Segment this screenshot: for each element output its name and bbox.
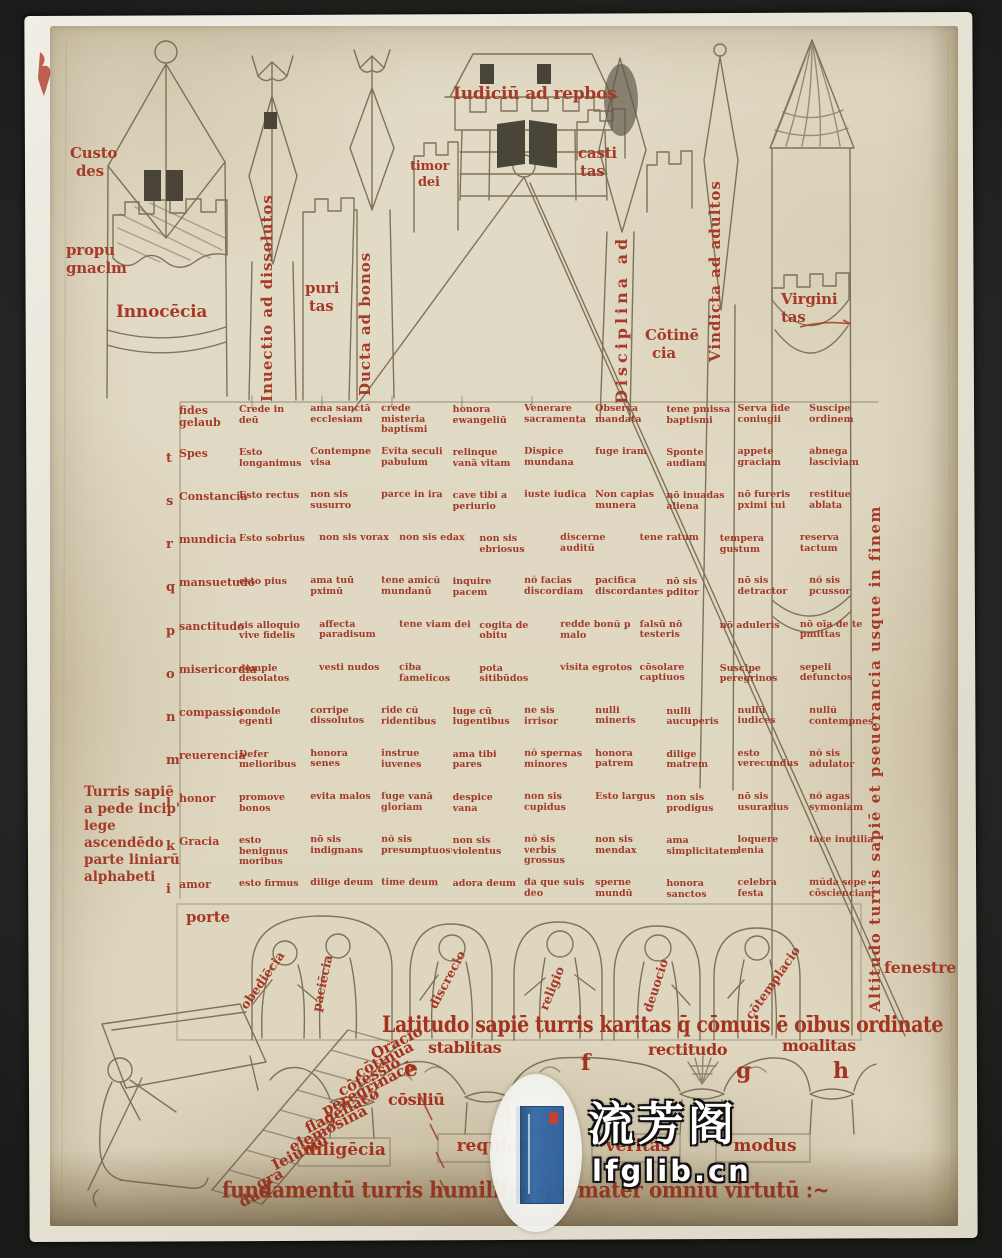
- grid-cell: esto verecundus: [738, 749, 809, 790]
- row-virtue-name: reuerencia: [179, 749, 239, 790]
- grid-cell: nō sis usurarius: [738, 792, 809, 833]
- row-letter: o: [166, 663, 179, 704]
- grid-cell: Esto longanimus: [239, 448, 310, 489]
- label-castitas-2: tas: [580, 164, 605, 179]
- grid-cell: fuge vanā gloriam: [381, 792, 453, 833]
- label-porte: porte: [186, 910, 230, 925]
- grid-cell: honora senes: [310, 749, 381, 790]
- grid-cell: discerne auditū: [559, 533, 639, 575]
- row-virtue-name: Gracia: [179, 835, 239, 876]
- grid-row: kGraciaesto benignus moribusnō sis indig…: [166, 835, 880, 876]
- grid-row: psanctitudosis alloquio vive fidelisaffe…: [166, 620, 880, 661]
- page-content: Custo des propu gnaclm Innocēcia Inuecti…: [0, 0, 1002, 1258]
- label-fenestre: fenestre: [884, 960, 956, 976]
- grid-cell: ne sis irrisor: [524, 705, 596, 746]
- grid-cell: esto benignus moribus: [239, 836, 310, 877]
- margin-note-line: alphabeti: [84, 869, 184, 886]
- grid-cell: redde bonū p malo: [559, 619, 639, 661]
- label-innocencia: Innocēcia: [116, 304, 207, 321]
- row-letter: p: [166, 620, 179, 661]
- grid-row: fides gelaubCrede in deūama sanctā eccle…: [166, 404, 880, 445]
- grid-cell: non sis ebriosus: [479, 534, 559, 575]
- grid-cell: falsū nō testeris: [640, 620, 720, 661]
- grid-cell: nō aduleris: [720, 621, 800, 662]
- row-virtue-name: fides gelaub: [179, 404, 239, 445]
- label-castitas-1: casti: [578, 146, 617, 161]
- row-virtue-name: mundicia: [179, 533, 239, 574]
- row-virtue-name: compassio: [179, 706, 239, 747]
- grid-cell: ciba famelicos: [399, 662, 479, 704]
- grid-cell: comple desolatos: [239, 664, 319, 705]
- margin-note-line: lege ascendēdo: [84, 818, 184, 852]
- grid-row: qmansuetudoesto piusama tuū pximūtene am…: [166, 576, 880, 617]
- book-logo-icon: [516, 1106, 564, 1204]
- sub-rectitudo: rectitudo: [648, 1040, 727, 1059]
- row-virtue-name: mansuetudo: [179, 576, 239, 617]
- margin-note-line: Turris sapiē: [84, 784, 184, 801]
- grid-cell: tene amicū mundanū: [381, 576, 453, 617]
- grid-cell: honora ewangeliū: [453, 405, 524, 446]
- grid-row: ncompassiocondole egenticorripe dissolut…: [166, 706, 880, 747]
- grid-cell: condole egenti: [239, 707, 310, 748]
- grid-cell: Suscipe ordinem: [809, 404, 881, 445]
- grid-cell: nō spernas minores: [524, 749, 596, 790]
- grid-cell: luge cū lugentibus: [453, 707, 524, 748]
- grid-cell: tempera gustum: [720, 534, 800, 575]
- watermark-cn-text: 流芳阁: [588, 1088, 738, 1154]
- label-propugnaculum-2: gnaclm: [66, 261, 127, 276]
- grid-cell: non sis edax: [399, 533, 479, 575]
- label-puritas-1: puri: [305, 281, 339, 296]
- grid-cell: vesti nudos: [319, 663, 399, 704]
- grid-cell: Esto largus: [595, 792, 666, 833]
- label-ducta-vertical: Ducta ad bonos: [356, 252, 374, 396]
- grid-cell: ama sanctā ecclesiam: [310, 404, 381, 445]
- sub-stabilitas: stablitas: [428, 1038, 501, 1057]
- grid-cell: nō sis detractor: [738, 576, 809, 617]
- grid-cell: cōsolare captiuos: [640, 663, 720, 704]
- grid-cell: time deum: [381, 878, 453, 919]
- margin-note: Turris sapiēa pede incip'lege ascendēdop…: [84, 784, 184, 886]
- row-virtue-name: Constancia: [179, 490, 239, 531]
- label-virginitas-1: Virgini: [781, 292, 837, 307]
- label-altitudo-vertical: Altitudo turris sapiē et pseuerancia usq…: [866, 505, 884, 1012]
- grid-cell: Contempne visa: [310, 447, 381, 488]
- grid-cell: crede misteria baptismi: [381, 404, 453, 445]
- row-letter: t: [166, 447, 179, 488]
- grid-cell: dilige deum: [310, 878, 381, 919]
- grid-cell: nō facias discordiam: [524, 576, 596, 617]
- grid-cell: Crede in deū: [239, 405, 310, 446]
- label-propugnaculum-1: propu: [66, 243, 115, 258]
- grid-cell: non sis cupidus: [524, 792, 596, 833]
- grid-cell: Esto sobrius: [239, 534, 319, 575]
- grid-cell: non sis mendax: [595, 835, 666, 876]
- row-letter: s: [166, 490, 179, 531]
- label-continencia-1: Cōtinē: [645, 328, 699, 343]
- grid-cell: tene ratum: [640, 533, 720, 574]
- watermark-url-text: lfglib.cn: [592, 1154, 752, 1188]
- grid-cell: appete graciam: [738, 447, 809, 488]
- manuscript-scan: Custo des propu gnaclm Innocēcia Inuecti…: [0, 0, 1002, 1258]
- row-letter: q: [166, 576, 179, 617]
- grid-cell: celebra festa: [738, 878, 809, 919]
- grid-cell: cogita de obitu: [479, 621, 559, 662]
- grid-cell: iuste iudica: [524, 490, 596, 531]
- grid-cell: affecta paradisum: [319, 620, 399, 661]
- grid-cell: promove bonos: [239, 793, 310, 834]
- grid-row: iamoresto firmusdilige deumtime deumador…: [166, 878, 880, 919]
- margin-note-line: a pede incip': [84, 801, 184, 818]
- row-virtue-name: Spes: [179, 447, 239, 488]
- tower-innocencia: [107, 41, 227, 398]
- watermark-oval: [490, 1074, 582, 1232]
- grid-row: tSpesEsto longanimusContempne visaEvita …: [166, 447, 880, 488]
- grid-cell: corripe dissolutos: [310, 706, 381, 747]
- label-timor-1: timor: [410, 160, 449, 173]
- arch-letter: h: [833, 1058, 849, 1084]
- grid-cell: Defer melioribus: [239, 750, 310, 791]
- turret-mid: [647, 151, 692, 212]
- grid-cell: Dispice mundana: [524, 447, 596, 488]
- grid-cell: sperne mundū: [595, 878, 666, 919]
- row-letter: r: [166, 533, 179, 574]
- grid-cell: tene pmissa baptismi: [666, 405, 737, 446]
- grid-cell: nō fureris pximi tui: [738, 490, 809, 531]
- grid-row: mreuerenciaDefer melioribushonora senesi…: [166, 749, 880, 790]
- label-inuectio-vertical: Inuectio ad dissolutos: [258, 194, 276, 402]
- grid-cell: parce in ira: [381, 490, 453, 531]
- grid-cell: Evita seculi pabulum: [381, 447, 453, 488]
- label-consilium: cōsiliū: [388, 1090, 445, 1109]
- row-letter: [166, 404, 179, 445]
- grid-row: rmundiciaEsto sobriusnon sis voraxnon si…: [166, 533, 880, 574]
- grid-cell: esto pius: [239, 577, 310, 618]
- grid-cell: despice vana: [453, 793, 524, 834]
- site-watermark: 流芳阁 lfglib.cn: [488, 1072, 798, 1236]
- label-puritas-2: tas: [309, 299, 334, 314]
- latitudo-line: Latitudo sapiē turris karitas q̄ cōmuis …: [382, 1012, 943, 1038]
- grid-cell: esto firmus: [239, 879, 310, 920]
- grid-cell: loquere lenia: [738, 835, 809, 876]
- row-virtue-name: honor: [179, 792, 239, 833]
- label-iudicium-banner: Iudiciū ad repbos: [453, 86, 617, 103]
- grid-cell: tene viam dei: [399, 619, 479, 661]
- grid-cell: adora deum: [453, 879, 524, 920]
- grid-cell: da que suis deo: [524, 878, 596, 919]
- grid-cell: nō sis presumptuosus: [381, 835, 453, 876]
- grid-cell: visita egrotos: [559, 662, 639, 704]
- grid-cell: Sponte audiam: [666, 448, 737, 489]
- grid-cell: Esto rectus: [239, 491, 310, 532]
- label-virginitas-2: tas: [781, 310, 806, 325]
- row-letter: n: [166, 706, 179, 747]
- row-virtue-name: sanctitudo: [179, 620, 239, 661]
- grid-cell: ama tibi pares: [453, 750, 524, 791]
- label-custodes-2: des: [76, 164, 104, 179]
- grid-cell: evita malos: [310, 792, 381, 833]
- grid-cell: Non capias munera: [595, 490, 666, 531]
- label-custodes-1: Custo: [70, 146, 117, 161]
- label-vindicta-vertical: Vindicta ad adultos: [706, 180, 724, 362]
- grid-cell: inquire pacem: [453, 577, 524, 618]
- grid-row: sConstanciaEsto rectusnon sis susurropar…: [166, 490, 880, 531]
- grid-cell: nō sis verbis grossus: [524, 835, 596, 876]
- grid-cell: dilige matrem: [666, 750, 737, 791]
- grid-cell: nullū iudices: [738, 706, 809, 747]
- grid-cell: honora sanctos: [666, 879, 737, 920]
- grid-cell: Observa mandata: [595, 404, 666, 445]
- grid-cell: nulli mineris: [595, 706, 666, 747]
- grid-cell: nō sis indignans: [310, 835, 381, 876]
- label-continencia-2: cia: [652, 346, 676, 361]
- grid-cell: non sis prodigus: [666, 793, 737, 834]
- grid-cell: Suscipe peregrinos: [720, 664, 800, 705]
- grid-row: omisericordiacomple desolatosvesti nudos…: [166, 663, 880, 704]
- grid-cell: pota sitibūdos: [479, 664, 559, 705]
- grid-cell: sis alloquio vive fidelis: [239, 621, 319, 662]
- grid-cell: abnega lasciviam: [809, 447, 881, 488]
- row-virtue-name: misericordia: [179, 663, 239, 704]
- grid-cell: ama tuū pximū: [310, 576, 381, 617]
- grid-cell: nō sis pditor: [666, 577, 737, 618]
- label-timor-2: dei: [418, 176, 440, 189]
- grid-cell: Venerare sacramenta: [524, 404, 596, 445]
- grid-cell: fuge iram: [595, 447, 666, 488]
- grid-cell: relinque vanā vitam: [453, 448, 524, 489]
- grid-cell: ama simplicitatem: [666, 836, 737, 877]
- grid-cell: cave tibi a periurio: [453, 491, 524, 532]
- label-disciplina-vertical: Disciplina ad: [612, 235, 631, 404]
- grid-row: lhonorpromove bonosevita malosfuge vanā …: [166, 792, 880, 833]
- grid-cell: ride cū ridentibus: [381, 705, 453, 746]
- grid-cell: Serva fide coniugii: [738, 404, 809, 445]
- grid-cell: non sis violentus: [453, 836, 524, 877]
- corner-ink-mark: [38, 52, 50, 96]
- grid-cell: non sis vorax: [319, 533, 399, 574]
- grid-cell: nō inuadas aliena: [666, 491, 737, 532]
- grid-cell: honora patrem: [595, 749, 666, 790]
- grid-cell: non sis susurro: [310, 490, 381, 531]
- sub-moralitas: moalitas: [782, 1036, 856, 1055]
- grid-cell: nulli aucuperis: [666, 707, 737, 748]
- margin-note-line: parte liniarū: [84, 852, 184, 869]
- grid-cell: pacifica discordantes: [595, 576, 666, 617]
- grid-cell: instrue iuvenes: [381, 749, 453, 790]
